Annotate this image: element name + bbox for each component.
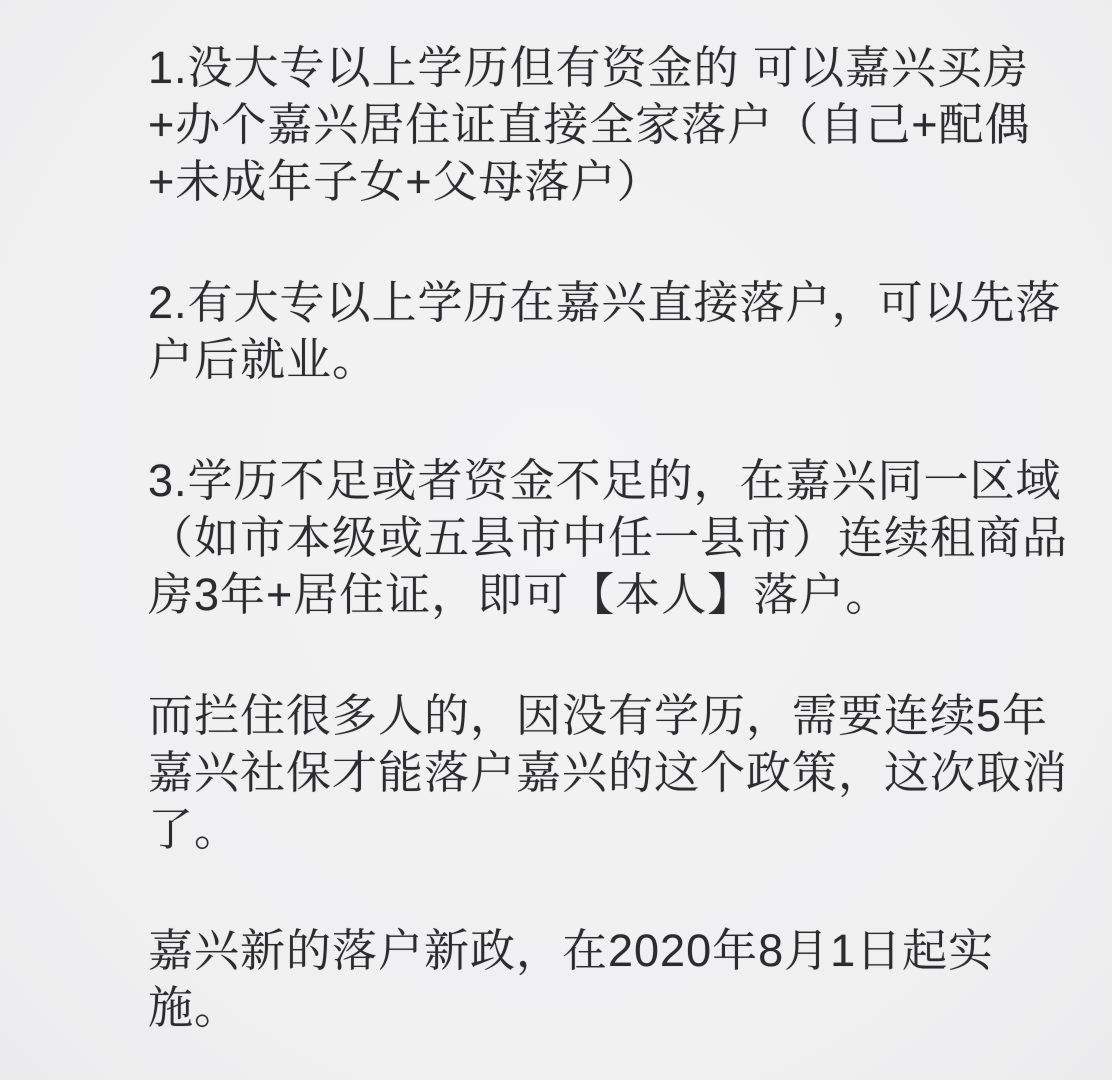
text-line: 3.学历不足或者资金不足的，在嘉兴同一区域 bbox=[148, 452, 1076, 509]
text-line: 嘉兴新的落户新政，在2020年8月1日起实 bbox=[148, 922, 1076, 979]
paragraph-rule-2: 2.有大专以上学历在嘉兴直接落户，可以先落 户后就业。 bbox=[148, 274, 1076, 388]
paragraph-rule-1: 1.没大专以上学历但有资金的 可以嘉兴买房 +办个嘉兴居住证直接全家落户（自己+… bbox=[148, 39, 1076, 210]
paragraph-effective-date: 嘉兴新的落户新政，在2020年8月1日起实 施。 bbox=[148, 922, 1076, 1036]
text-line: 施。 bbox=[148, 979, 1076, 1036]
text-line: （如市本级或五县市中任一县市）连续租商品 bbox=[148, 509, 1076, 566]
text-line: 而拦住很多人的，因没有学历，需要连续5年 bbox=[148, 687, 1076, 744]
text-note-page: 1.没大专以上学历但有资金的 可以嘉兴买房 +办个嘉兴居住证直接全家落户（自己+… bbox=[0, 0, 1112, 1080]
text-line: 2.有大专以上学历在嘉兴直接落户，可以先落 bbox=[148, 274, 1076, 331]
text-line: 了。 bbox=[148, 801, 1076, 858]
text-line: 房3年+居住证，即可【本人】落户。 bbox=[148, 566, 1076, 623]
text-line: +办个嘉兴居住证直接全家落户（自己+配偶 bbox=[148, 96, 1076, 153]
paragraph-policy-cancelled: 而拦住很多人的，因没有学历，需要连续5年 嘉兴社保才能落户嘉兴的这个政策，这次取… bbox=[148, 687, 1076, 858]
text-line: 嘉兴社保才能落户嘉兴的这个政策，这次取消 bbox=[148, 744, 1076, 801]
paragraph-rule-3: 3.学历不足或者资金不足的，在嘉兴同一区域 （如市本级或五县市中任一县市）连续租… bbox=[148, 452, 1076, 623]
text-line: +未成年子女+父母落户） bbox=[148, 153, 1076, 210]
text-line: 1.没大专以上学历但有资金的 可以嘉兴买房 bbox=[148, 39, 1076, 96]
text-line: 户后就业。 bbox=[148, 331, 1076, 388]
